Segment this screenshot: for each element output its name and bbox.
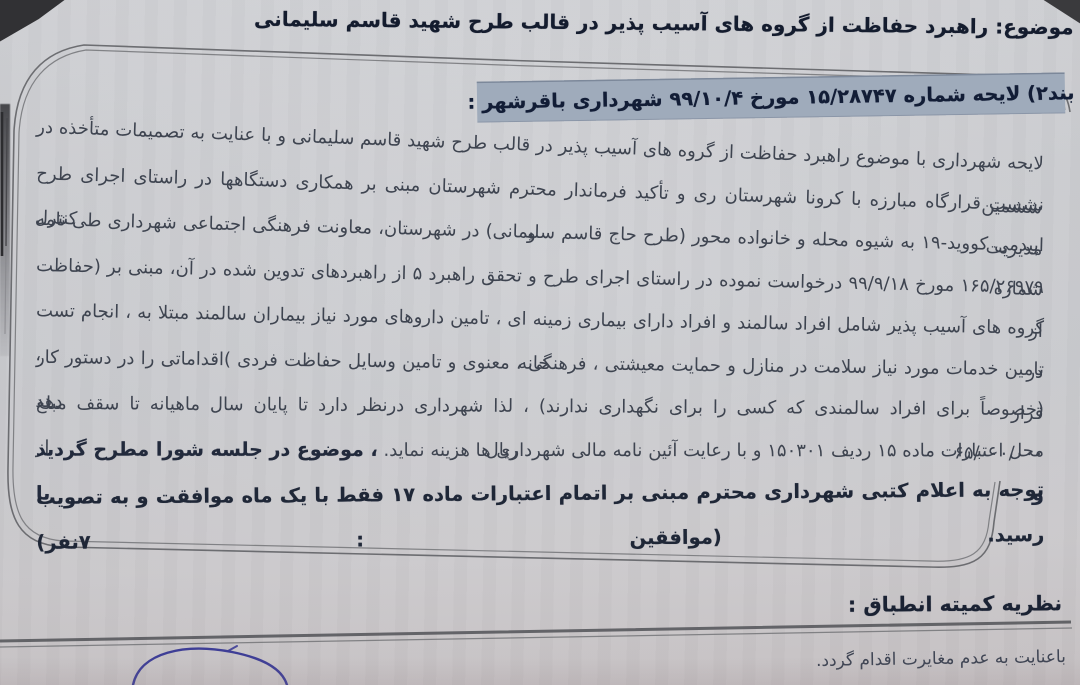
separator-rule-thin [0, 628, 1072, 647]
paper-edge-shadow [0, 104, 10, 356]
approval-statement: توجه به اعلام کتبی شهرداری محترم مبنی بر… [36, 478, 1044, 553]
body-line: محل اعتبارات ماده ۱۵ ردیف ۱۵۰۳۰۱ و با رع… [36, 428, 1044, 472]
body-line-text: محل اعتبارات ماده ۱۵ ردیف ۱۵۰۳۰۱ و با رع… [378, 439, 1044, 461]
scanned-page: موضوع: راهبرد حفاظت از گروه های آسیب پذی… [0, 0, 1080, 685]
body-line: توجه به اعلام کتبی شهرداری محترم مبنی بر… [36, 468, 1044, 519]
resolution-body: لایحه شهرداری با موضوع راهبرد حفاظت از گ… [36, 124, 1044, 516]
separator-rule-thick [0, 622, 1071, 641]
pen-mark-tail [228, 646, 237, 651]
clause-header-highlight: بند۲) لایحه شماره ۱۵/۲۸۷۴۷ مورخ ۹۹/۱۰/۴ … [477, 72, 1066, 122]
scan-shadow-top-left [0, 0, 74, 45]
subject-line: موضوع: راهبرد حفاظت از گروه های آسیب پذی… [254, 7, 1074, 40]
committee-heading: نظریه کمیته انطباق : [848, 591, 1062, 616]
body-line: (خصوصاً برای افراد سالمندی که کسی را برا… [36, 382, 1044, 432]
committee-note: باعنایت به عدم مغایرت اقدام گردد. [816, 647, 1066, 671]
pen-mark [133, 649, 287, 685]
